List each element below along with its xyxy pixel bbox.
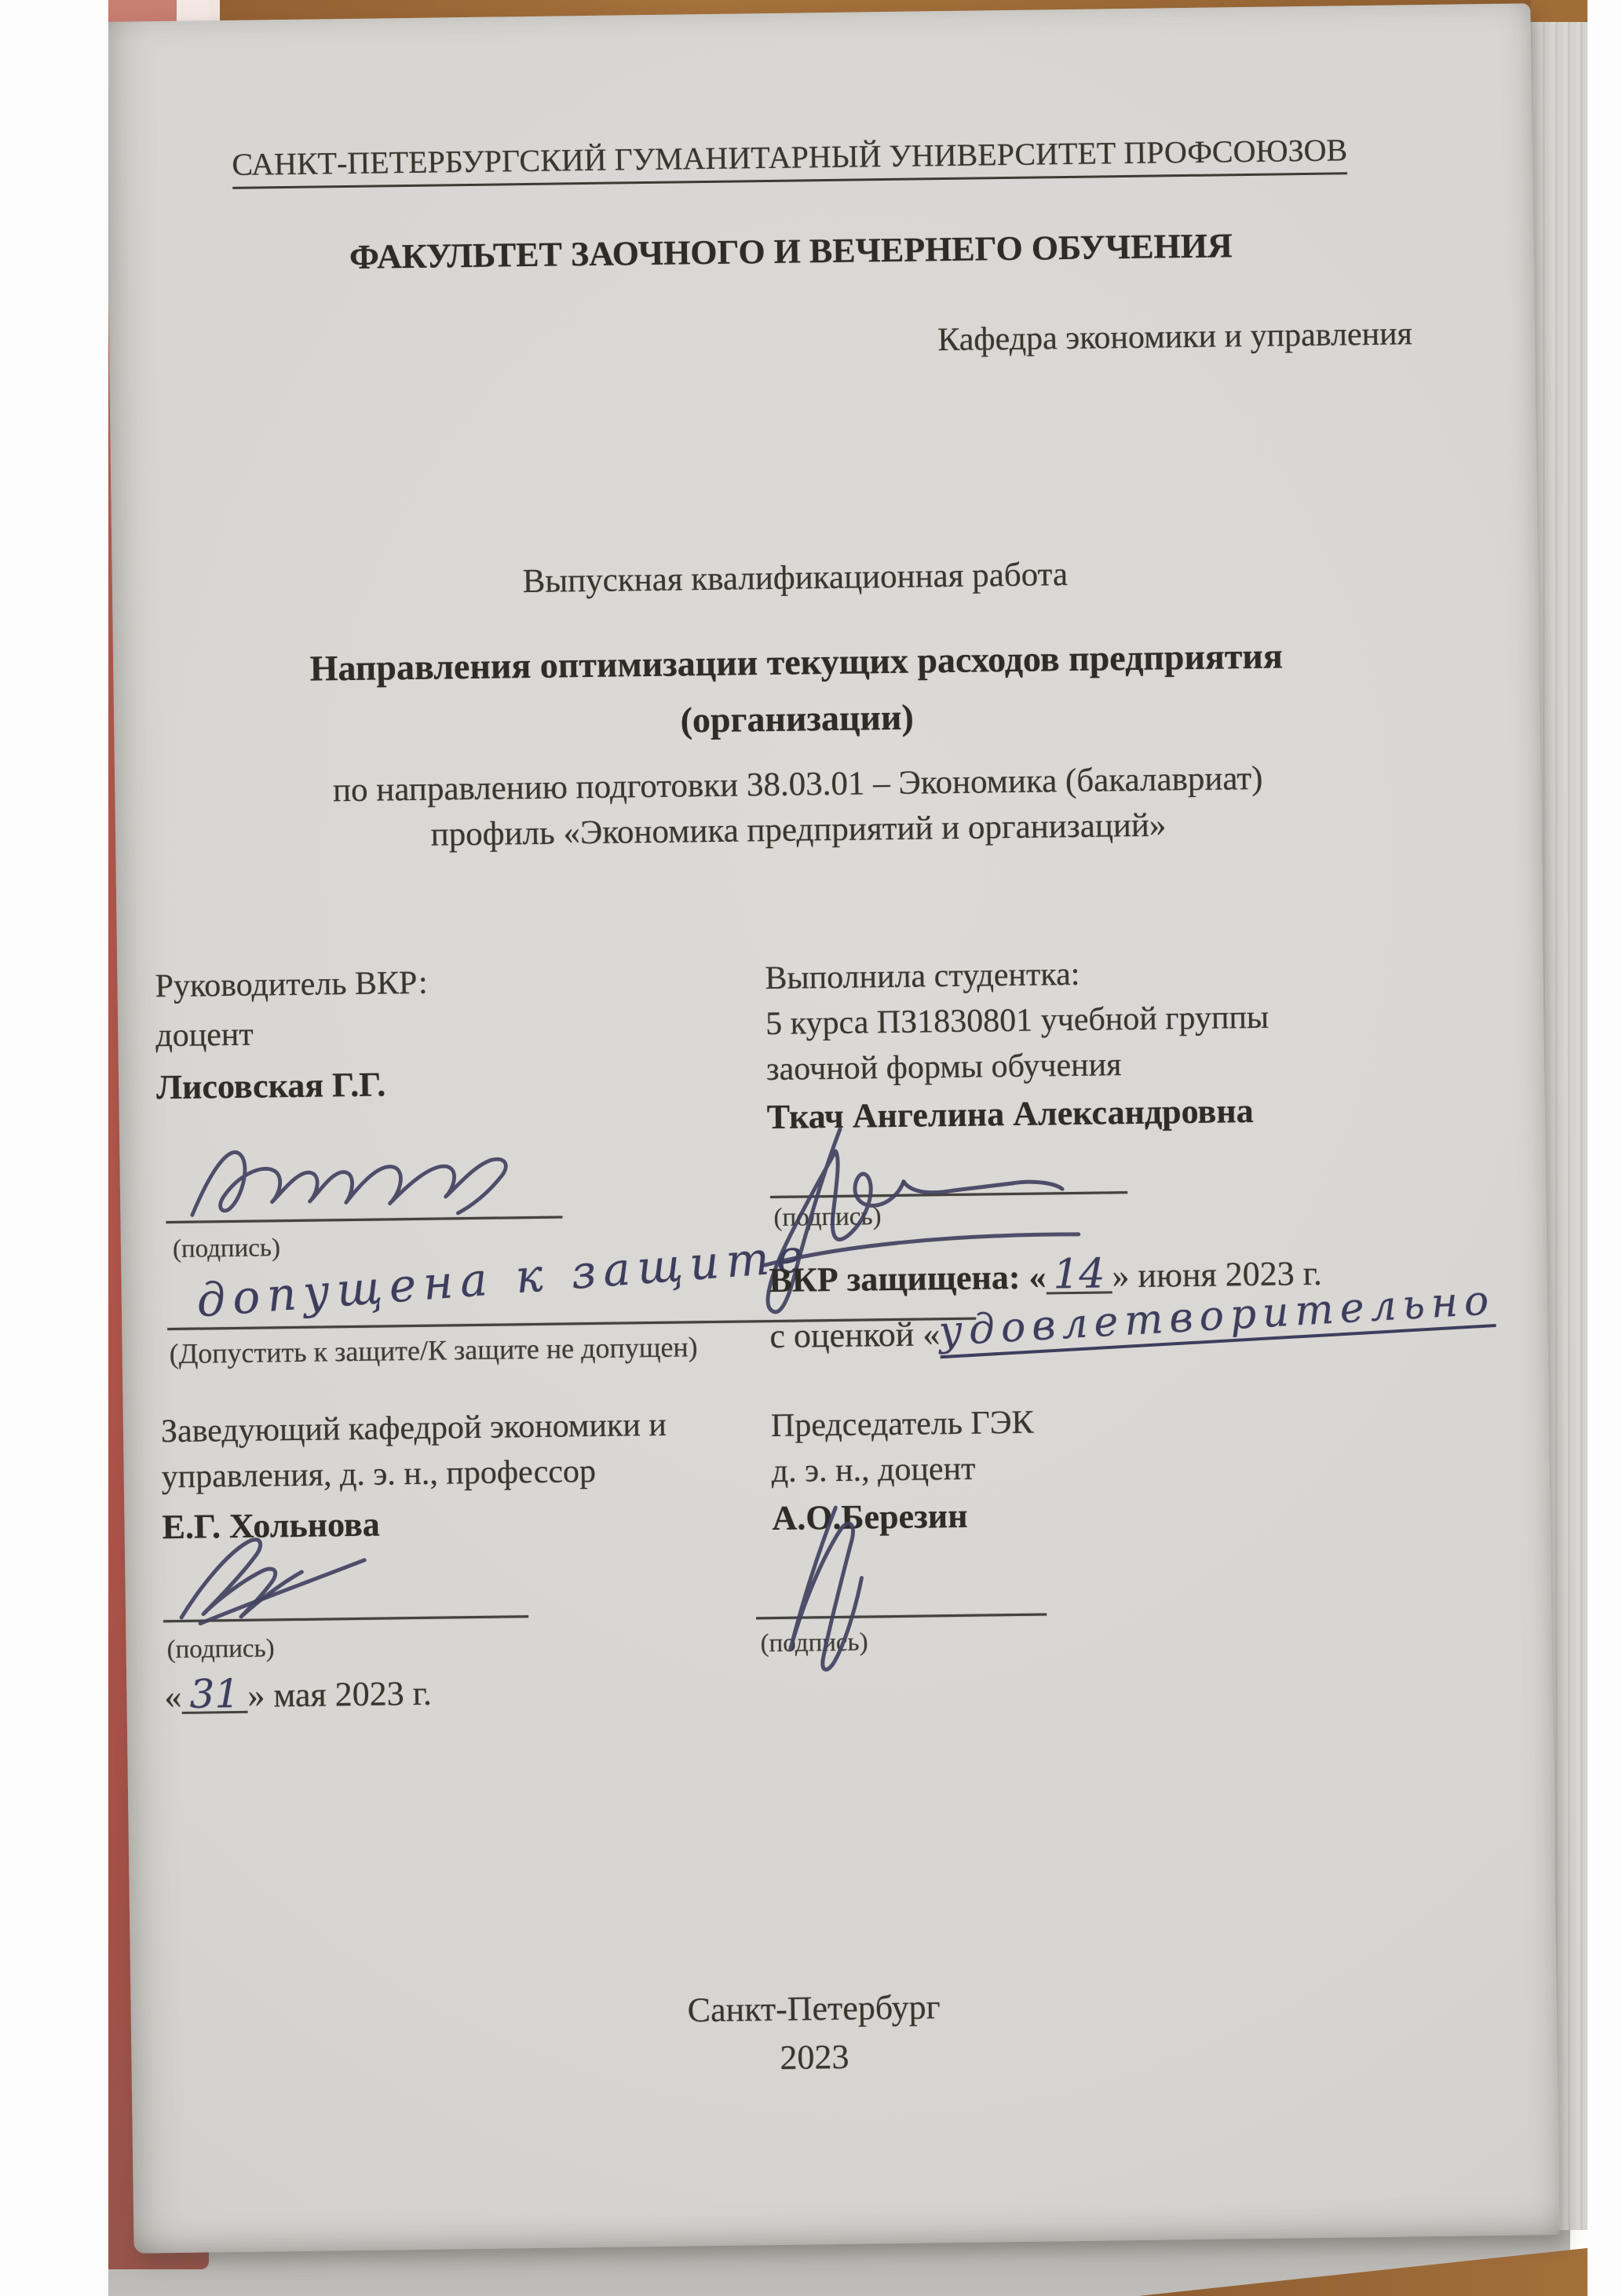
department-head-signature [167, 1514, 404, 1635]
defense-day-handwriting: 14 [1046, 1256, 1112, 1294]
supervisor-signature-caption: (подпись) [173, 1234, 280, 1264]
work-title-line2: (организации) [137, 689, 1457, 748]
department-name: Кафедра экономики и управления [937, 316, 1412, 358]
gek-line1: Председатель ГЭК [771, 1404, 1034, 1445]
date-open-quote: « [164, 1677, 182, 1716]
dept-head-date-line: «31» мая 2023 г. [164, 1673, 432, 1717]
profile-line: профиль «Экономика предприятий и организ… [139, 803, 1458, 858]
photo-border-left [0, 0, 108, 2296]
footer-city-line: Санкт-Петербург [154, 1980, 1474, 2037]
supervisor-label: Руководитель ВКР: [155, 964, 428, 1006]
student-form: заочной формы обучения [766, 1046, 1122, 1088]
university-name: САНКТ-ПЕТЕРБУРГСКИЙ ГУМАНИТАРНЫЙ УНИВЕРС… [232, 132, 1347, 189]
student-group: 5 курса ПЗ1830801 учебной группы [765, 999, 1269, 1043]
photo-border-right [1587, 0, 1622, 2296]
admission-caption: (Допустить к защите/К защите не допущен) [169, 1330, 698, 1370]
dept-head-date-tail: » мая 2023 г. [247, 1674, 432, 1715]
footer-year-line: 2023 [155, 2028, 1474, 2086]
supervisor-name: Лисовская Г.Г. [156, 1064, 386, 1107]
gek-line2: д. э. н., доцент [771, 1450, 975, 1490]
gek-chairman-signature [760, 1502, 919, 1677]
work-type-line: Выпускная квалификационная работа [136, 550, 1455, 606]
dept-head-line1: Заведующий кафедрой экономики и [161, 1406, 667, 1450]
document-photo: САНКТ-ПЕТЕРБУРГСКИЙ ГУМАНИТАРНЫЙ УНИВЕРС… [0, 0, 1622, 2296]
work-title-line1: Направления оптимизации текущих расходов… [137, 633, 1456, 692]
work-title: Направления оптимизации текущих расходов… [309, 635, 1283, 688]
supervisor-position: доцент [155, 1016, 254, 1055]
supervisor-signature [181, 1119, 575, 1238]
student-label: Выполнила студентка: [765, 956, 1080, 997]
profile-text: профиль «Экономика предприятий и организ… [430, 806, 1166, 853]
faculty-header: ФАКУЛЬТЕТ ЗАОЧНОГО И ВЕЧЕРНЕГО ОБУЧЕНИЯ [131, 223, 1451, 280]
defense-label: ВКР защищена: « [769, 1257, 1047, 1300]
program-text: по направлению подготовки 38.03.01 – Эко… [333, 760, 1263, 809]
dept-head-signature-caption: (подпись) [166, 1634, 274, 1665]
faculty-name: ФАКУЛЬТЕТ ЗАОЧНОГО И ВЕЧЕРНЕГО ОБУЧЕНИЯ [349, 226, 1233, 276]
department-line: Кафедра экономики и управления [133, 315, 1412, 369]
dept-head-line2: управления, д. э. н., профессор [161, 1453, 596, 1496]
title-page: САНКТ-ПЕТЕРБУРГСКИЙ ГУМАНИТАРНЫЙ УНИВЕРС… [104, 3, 1559, 2254]
work-title-parenthetical: (организации) [680, 697, 914, 740]
admission-handwriting: допущена к защите [195, 1229, 812, 1328]
defense-grade-line: с оценкой «удовлетворительно [769, 1301, 1497, 1361]
university-header: САНКТ-ПЕТЕРБУРГСКИЙ ГУМАНИТАРНЫЙ УНИВЕРС… [130, 130, 1449, 185]
footer-year: 2023 [780, 2038, 849, 2077]
footer-city: Санкт-Петербург [687, 1987, 941, 2029]
grade-label: с оценкой « [769, 1314, 940, 1355]
work-type: Выпускная квалификационная работа [522, 556, 1068, 600]
dept-head-date-day-handwriting: 31 [181, 1677, 248, 1714]
